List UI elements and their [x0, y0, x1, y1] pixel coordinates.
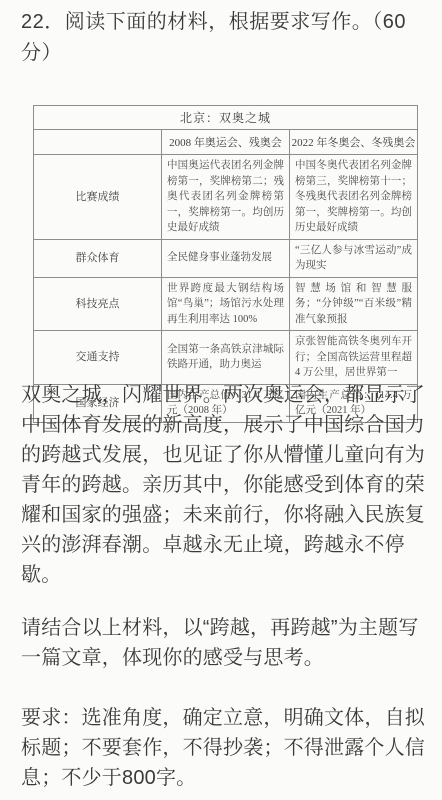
table-row-mass-sports: 群众体育 全民健身事业蓬勃发展 “三亿人参与冰雪运动”成为现实 — [34, 239, 418, 277]
cell-2022: 智慧场馆和智慧服务；“分钟级”“百米级”精准气象预报 — [290, 277, 418, 331]
material-line-2: 中国体育发展的新高度，展示了中国综合国力 — [21, 410, 425, 440]
cell-2022: 中国冬奥代表团名列金牌榜第三，奖牌榜第十一；冬残奥代表团名列金牌榜第一，奖牌榜第… — [290, 155, 418, 240]
cell-2022: “三亿人参与冰雪运动”成为现实 — [290, 239, 418, 277]
table-row-transport-support: 交通支持 全国第一条高铁京津城际铁路开通，助力奥运 京张智能高铁冬奥列车开行；全… — [34, 331, 418, 385]
material-line-1: 双奥之城，闪耀世界。两次奥运会，都显示了 — [21, 380, 425, 410]
beijing-dual-olympics-table: 北京：双奥之城 2008 年奥运会、残奥会 2022 年冬奥会、冬残奥会 比赛成… — [33, 105, 418, 423]
material-line-6: 兴的澎湃春潮。卓越永无止境，跨越永不停 — [21, 530, 425, 560]
material-line-3: 的跨越式发展，也见证了你从懵懂儿童向有为 — [21, 440, 425, 470]
column-header-2008: 2008 年奥运会、残奥会 — [162, 130, 290, 155]
table-corner-cell — [34, 130, 162, 155]
cell-2008: 中国奥运代表团名列金牌榜第一，奖牌榜第二；残奥代表团名列金牌榜第一，奖牌榜第一。… — [162, 155, 290, 240]
requirements-paragraph: 要求：选准角度，确定立意，明确文体，自拟 标题；不要套作，不得抄袭；不得泄露个人… — [21, 703, 425, 793]
column-header-2022: 2022 年冬奥会、冬残奥会 — [290, 130, 418, 155]
cell-2008: 世界跨度最大钢结构场馆“鸟巢”；场馆污水处理再生利用率达 100% — [162, 277, 290, 331]
cell-2008: 全国第一条高铁京津城际铁路开通，助力奥运 — [162, 331, 290, 385]
material-paragraph: 双奥之城，闪耀世界。两次奥运会，都显示了 中国体育发展的新高度，展示了中国综合国… — [21, 380, 425, 590]
question-heading-line-2: 分） — [21, 38, 425, 69]
cell-2008: 全民健身事业蓬勃发展 — [162, 239, 290, 277]
material-line-5: 耀和国家的强盛；未来前行，你将融入民族复 — [21, 500, 425, 530]
row-label: 科技亮点 — [34, 277, 162, 331]
task-paragraph: 请结合以上材料，以“跨越，再跨越”为主题写 一篇文章，体现你的感受与思考。 — [21, 613, 425, 673]
task-line-1: 请结合以上材料，以“跨越，再跨越”为主题写 — [21, 613, 425, 643]
exam-document-page: 22．阅读下面的材料，根据要求写作。（60 分） 北京：双奥之城 2008 年奥… — [0, 0, 442, 800]
row-label: 交通支持 — [34, 331, 162, 385]
material-line-4: 青年的跨越。亲历其中，你能感受到体育的荣 — [21, 470, 425, 500]
task-line-2: 一篇文章，体现你的感受与思考。 — [21, 643, 425, 673]
table-title: 北京：双奥之城 — [34, 106, 418, 130]
row-label: 群众体育 — [34, 239, 162, 277]
row-label: 比赛成绩 — [34, 155, 162, 240]
material-line-7: 歇。 — [21, 560, 425, 590]
table-row-tech-highlights: 科技亮点 世界跨度最大钢结构场馆“鸟巢”；场馆污水处理再生利用率达 100% 智… — [34, 277, 418, 331]
table-row-competition-results: 比赛成绩 中国奥运代表团名列金牌榜第一，奖牌榜第二；残奥代表团名列金牌榜第一，奖… — [34, 155, 418, 240]
material-table: 北京：双奥之城 2008 年奥运会、残奥会 2022 年冬奥会、冬残奥会 比赛成… — [33, 105, 418, 423]
question-heading-line-1: 22．阅读下面的材料，根据要求写作。（60 — [21, 7, 425, 38]
requirements-line-1: 要求：选准角度，确定立意，明确文体，自拟 — [21, 703, 425, 733]
cell-2022: 京张智能高铁冬奥列车开行；全国高铁运营里程超 4 万公里，居世界第一 — [290, 331, 418, 385]
requirements-line-2: 标题；不要套作，不得抄袭；不得泄露个人信 — [21, 733, 425, 763]
requirements-line-3: 息；不少于800字。 — [21, 763, 425, 793]
question-heading: 22．阅读下面的材料，根据要求写作。（60 分） — [21, 7, 425, 69]
